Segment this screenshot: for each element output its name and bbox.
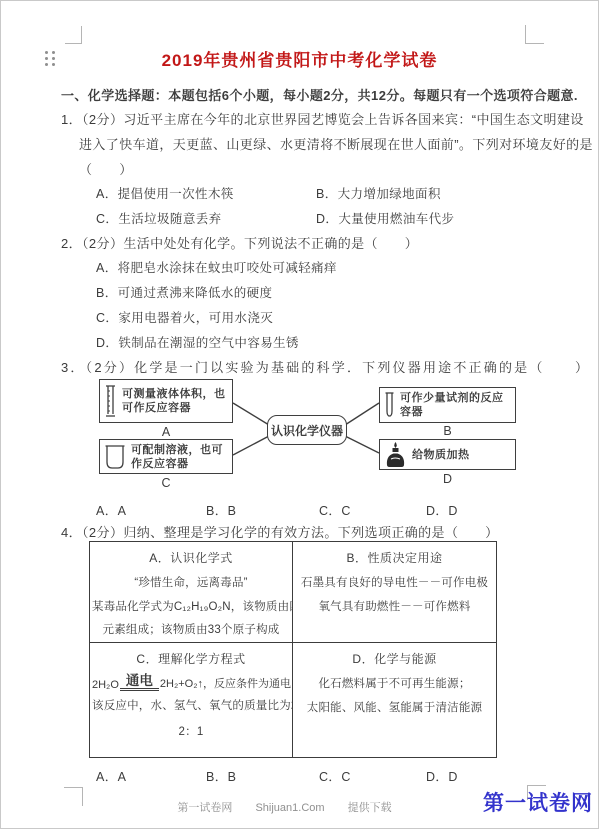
q3-answer-a: A．A bbox=[96, 501, 126, 519]
q4-answer-b: B．B bbox=[206, 767, 236, 785]
footer-download-text: 提供下载 bbox=[348, 802, 392, 814]
exam-paper-page: 2019年贵州省贵阳市中考化学试卷 一、化学选择题：本题包括6个小题，每小题2分… bbox=[0, 0, 599, 829]
cell-c-line1: 该反应中，水、氢气、氧气的质量比为2： bbox=[92, 693, 290, 719]
q3-answer-b: B．B bbox=[206, 501, 236, 519]
q2-option-d: D．铁制品在潮湿的空气中容易生锈 bbox=[96, 333, 299, 351]
corner-mark-top-left bbox=[65, 26, 82, 44]
equation-right: 2H₂+O₂↑，反应条件为通电； bbox=[160, 675, 293, 691]
cell-c-title: C．理解化学方程式 bbox=[92, 650, 290, 667]
q1-line1: 1．（2分）习近平主席在今年的北京世界园艺博览会上告诉各国来宾：“中国生态文明建… bbox=[61, 109, 584, 128]
diagram-node-a-label: A bbox=[99, 425, 233, 439]
beaker-icon bbox=[103, 443, 127, 471]
q4-table-cell-a: A．认识化学式 “珍惜生命，远离毒品” 某毒品化学式为C₁₂H₁₉O₂N，该物质… bbox=[90, 542, 293, 643]
diagram-node-a: 可测量液体体积，也可作反应容器 bbox=[99, 379, 233, 423]
q1-blank-parens: （ ） bbox=[79, 159, 133, 178]
q1-option-a: A．提倡使用一次性木筷 bbox=[96, 184, 234, 202]
diagram-node-d-text: 给物质加热 bbox=[412, 448, 470, 462]
cell-d-line2: 太阳能、风能、氢能属于清洁能源 bbox=[295, 697, 494, 721]
q3-prompt: 3．（2分）化学是一门以实验为基础的科学．下列仪器用途不正确的是（ ） bbox=[61, 357, 590, 376]
q1-option-c: C．生活垃圾随意丢弃 bbox=[96, 209, 222, 227]
electrolysis-equation: 2H₂O 通电 2H₂+O₂↑，反应条件为通电； bbox=[92, 673, 290, 691]
diagram-node-a-text: 可测量液体体积，也可作反应容器 bbox=[122, 387, 229, 415]
q3-answer-c: C．C bbox=[319, 501, 351, 519]
q3-instrument-diagram: 可测量液体体积，也可作反应容器 A 可配制溶液，也可作反应容器 C 认识化学仪器… bbox=[99, 379, 519, 499]
test-tube-icon bbox=[383, 390, 396, 420]
cell-d-line1: 化石燃料属于不可再生能源； bbox=[295, 673, 494, 697]
q4-table-cell-d: D．化学与能源 化石燃料属于不可再生能源； 太阳能、风能、氢能属于清洁能源 bbox=[293, 643, 496, 757]
alcohol-lamp-icon bbox=[383, 441, 408, 468]
cell-a-line2: 某毒品化学式为C₁₂H₁₉O₂N，该物质由四种 bbox=[92, 596, 290, 620]
diagram-center-node: 认识化学仪器 bbox=[267, 415, 347, 445]
diagram-node-c: 可配制溶液，也可作反应容器 bbox=[99, 439, 233, 474]
footer-brand-logo: 第一试卷网 bbox=[483, 787, 593, 817]
section-heading: 一、化学选择题：本题包括6个小题，每小题2分，共12分。每题只有一个选项符合题意… bbox=[61, 85, 578, 104]
q4-prompt: 4．（2分）归纳、整理是学习化学的有效方法。下列选项正确的是（ ） bbox=[61, 522, 499, 541]
cell-b-title: B．性质决定用途 bbox=[295, 549, 494, 566]
q1-line2: 进入了快车道，天更蓝、山更绿、水更清将不断展现在世人面前”。下列对环境友好的是 bbox=[79, 134, 593, 153]
cell-a-line1: “珍惜生命，远离毒品” bbox=[92, 572, 290, 596]
diagram-node-d-label: D bbox=[379, 472, 516, 486]
page-title: 2019年贵州省贵阳市中考化学试卷 bbox=[1, 46, 598, 71]
q4-answer-a: A．A bbox=[96, 767, 126, 785]
q4-answer-c: C．C bbox=[319, 767, 351, 785]
q3-answer-d: D．D bbox=[426, 501, 458, 519]
q4-table-cell-b: B．性质决定用途 石墨具有良好的导电性－－可作电极 氧气具有助燃性－－可作燃料 bbox=[293, 542, 496, 643]
q4-table-cell-c: C．理解化学方程式 2H₂O 通电 2H₂+O₂↑，反应条件为通电； 该反应中，… bbox=[90, 643, 293, 757]
footer-site-name: 第一试卷网 bbox=[177, 802, 232, 814]
cell-d-title: D．化学与能源 bbox=[295, 650, 494, 667]
cell-b-line2: 氧气具有助燃性－－可作燃料 bbox=[295, 596, 494, 620]
q4-table: A．认识化学式 “珍惜生命，远离毒品” 某毒品化学式为C₁₂H₁₉O₂N，该物质… bbox=[89, 541, 497, 758]
diagram-node-d: 给物质加热 bbox=[379, 439, 516, 470]
cell-b-line1: 石墨具有良好的导电性－－可作电极 bbox=[295, 572, 494, 596]
diagram-node-b: 可作少量试剂的反应容器 bbox=[379, 387, 516, 423]
diagram-node-b-label: B bbox=[379, 424, 516, 438]
q2-prompt: 2．（2分）生活中处处有化学。下列说法不正确的是（ ） bbox=[61, 233, 418, 252]
diagram-node-c-text: 可配制溶液，也可作反应容器 bbox=[131, 443, 229, 471]
cell-c-line2: 2：1 bbox=[92, 719, 290, 745]
equation-left: 2H₂O bbox=[92, 679, 119, 691]
footer-site-url: Shijuan1.Com bbox=[255, 802, 324, 814]
cell-a-title: A．认识化学式 bbox=[92, 549, 290, 566]
q1-option-b: B．大力增加绿地面积 bbox=[316, 184, 441, 202]
graduated-cylinder-icon bbox=[103, 383, 118, 420]
q2-option-b: B．可通过煮沸来降低水的硬度 bbox=[96, 283, 272, 301]
q2-option-c: C．家用电器着火，可用水浇灭 bbox=[96, 308, 273, 326]
q1-option-d: D．大量使用燃油车代步 bbox=[316, 209, 454, 227]
equation-condition: 通电 bbox=[120, 673, 159, 691]
diagram-node-c-label: C bbox=[99, 476, 233, 490]
corner-mark-top-right bbox=[525, 25, 544, 44]
diagram-node-b-text: 可作少量试剂的反应容器 bbox=[400, 391, 512, 419]
q2-option-a: A．将肥皂水涂抹在蚊虫叮咬处可减轻痛痒 bbox=[96, 258, 337, 276]
q4-answer-d: D．D bbox=[426, 767, 458, 785]
cell-a-line3: 元素组成；该物质由33个原子构成 bbox=[92, 619, 290, 643]
